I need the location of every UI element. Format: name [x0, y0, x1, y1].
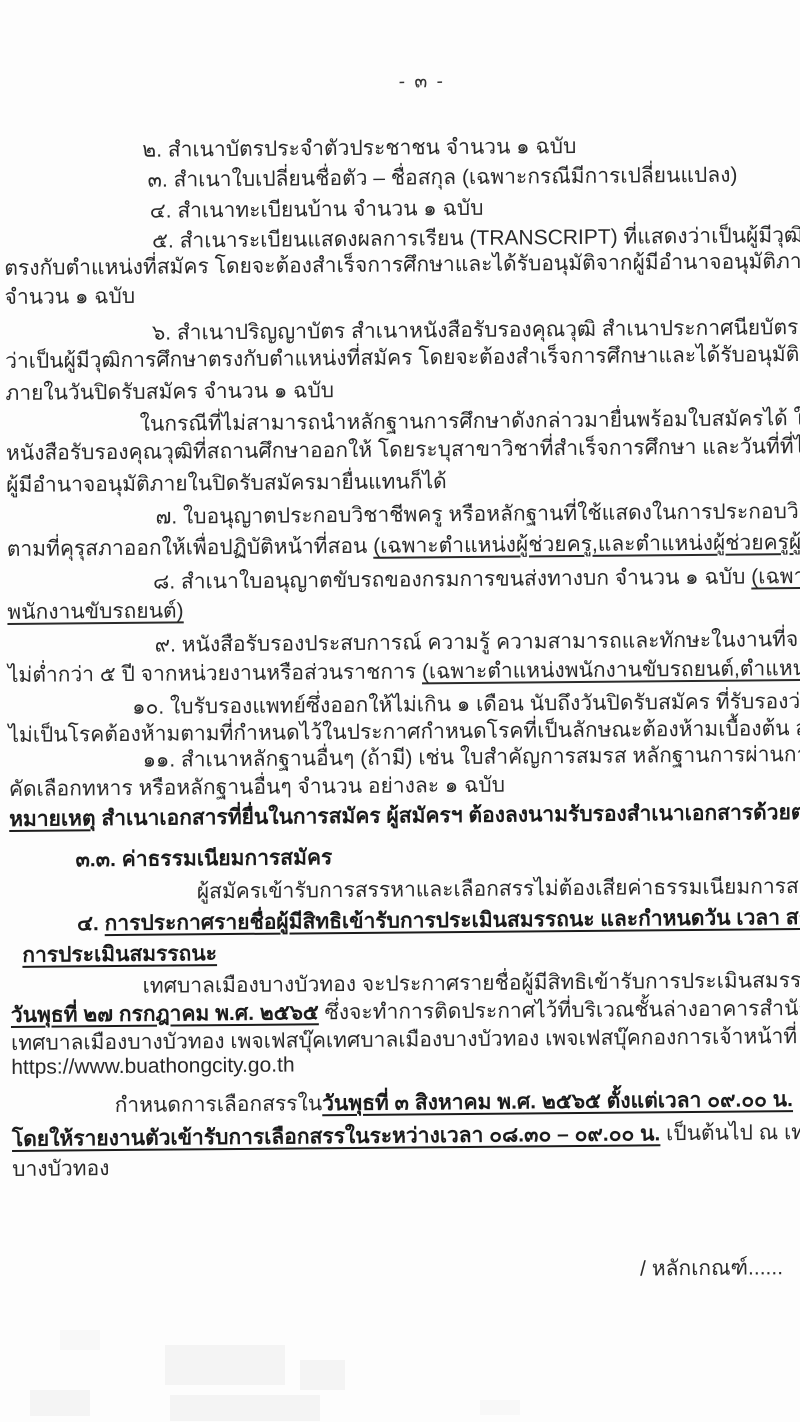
page-number: - ๓ -	[399, 66, 445, 96]
text-line: บางบัวทอง	[12, 1155, 109, 1183]
text-line: ๔. สำเนาทะเบียนบ้าน จำนวน ๑ ฉบับ	[150, 195, 484, 225]
text-line: https://www.buathongcity.go.th	[11, 1051, 295, 1080]
text-segment: ๗. ใบอนุญาตประกอบวิชาชีพครู หรือหลักฐานท…	[155, 499, 800, 528]
text-line: เทศบาลเมืองบางบัวทอง จะประกาศรายชื่อผู้ม…	[142, 966, 800, 999]
text-line: ๑๑. สำเนาหลักฐานอื่นๆ (ถ้ามี) เช่น ใบสำค…	[143, 741, 800, 774]
text-segment: วันพุธที่ ๓ สิงหาคม พ.ศ. ๒๕๖๕ ตั้งแต่เวล…	[322, 1088, 793, 1115]
text-segment: บางบัวทอง	[12, 1157, 109, 1181]
text-line: พนักงานขับรถยนต์)	[7, 597, 184, 626]
text-segment: ในกรณีที่ไม่สามารถนำหลักฐานการศึกษาดังกล…	[140, 407, 800, 436]
text-line: กำหนดการเลือกสรรในวันพุธที่ ๓ สิงหาคม พ.…	[115, 1086, 794, 1119]
text-segment: พนักงานขับรถยนต์)	[7, 599, 183, 624]
text-segment: กำหนดการเลือกสรรใน	[115, 1092, 323, 1117]
text-segment: ๔.	[77, 912, 105, 935]
text-segment: ตรงกับตำแหน่งที่สมัคร โดยจะต้องสำเร็จการ…	[4, 249, 800, 280]
scan-noise-artifact	[480, 1400, 520, 1415]
text-line: หนังสือรับรองคุณวุฒิที่สถานศึกษาออกให้ โ…	[6, 432, 800, 467]
text-line: จำนวน ๑ ฉบับ	[4, 283, 135, 311]
text-line: ๘. สำเนาใบอนุญาตขับรถของกรมการขนส่งทางบก…	[153, 562, 800, 595]
text-segment: ๓.๓. ค่าธรรมเนียมการสมัคร	[75, 846, 332, 871]
text-segment: หนังสือรับรองคุณวุฒิที่สถานศึกษาออกให้ โ…	[6, 434, 800, 465]
scan-noise-artifact	[170, 1395, 320, 1421]
scan-noise-artifact	[300, 1360, 345, 1390]
text-segment: ว่าเป็นผู้มีวุฒิการศึกษาตรงกับตำแหน่งที่…	[5, 341, 800, 373]
text-segment: เทศบาลเมืองบางบัวทอง เพจเฟสบุ๊คเทศบาลเมื…	[11, 1024, 800, 1055]
text-line: ไม่ต่ำกว่า ๕ ปี จากหน่วยงานหรือส่วนราชกา…	[8, 654, 800, 689]
text-segment: สำเนาเอกสารที่ยื่นในการสมัคร ผู้สมัครฯ ต…	[96, 800, 800, 830]
text-line: โดยให้รายงานตัวเข้ารับการเลือกสรรในระหว่…	[12, 1118, 800, 1153]
text-segment: (เฉพาะตำแหน่งพนักงานขับรถยนต์,ตำแหน่งช่า…	[422, 656, 800, 683]
text-segment: ๙. หนังสือรับรองประสบการณ์ ความรู้ ความส…	[155, 627, 800, 656]
scan-noise-artifact	[165, 1345, 285, 1385]
text-segment: ซึ่งจะทำการติดประกาศไว้ที่บริเวณชั้นล่าง…	[319, 997, 800, 1025]
document-page: - ๓ - ๒. สำเนาบัตรประจำตัวประชาชน จำนวน …	[0, 0, 800, 1422]
text-line: การประเมินสมรรถนะ	[22, 940, 217, 969]
document-body: - ๓ - ๒. สำเนาบัตรประจำตัวประชาชน จำนวน …	[0, 0, 800, 1422]
text-segment: เป็นต้นไป ณ เทศบาลเมือง	[660, 1120, 800, 1145]
text-line: ๙. หนังสือรับรองประสบการณ์ ความรู้ ความส…	[155, 625, 800, 658]
text-segment: จำนวน ๑ ฉบับ	[4, 285, 135, 309]
text-segment: ๘. สำเนาใบอนุญาตขับรถของกรมการขนส่งทางบก…	[153, 565, 751, 593]
text-segment: (เฉพาะตำแหน่ง	[751, 564, 800, 588]
text-segment: การประกาศรายชื่อผู้มีสิทธิเข้ารับการประเ…	[105, 905, 800, 935]
scan-noise-artifact	[60, 1330, 100, 1350]
text-line: ในกรณีที่ไม่สามารถนำหลักฐานการศึกษาดังกล…	[140, 405, 800, 438]
text-line: / หลักเกณฑ์......	[640, 1254, 783, 1282]
text-segment: ๓. สำเนาใบเปลี่ยนชื่อตัว – ชื่อสกุล (เฉพ…	[147, 164, 737, 192]
text-line: หมายเหตุ สำเนาเอกสารที่ยื่นในการสมัคร ผู…	[9, 798, 800, 833]
text-line: ว่าเป็นผู้มีวุฒิการศึกษาตรงกับตำแหน่งที่…	[5, 339, 800, 375]
scan-noise-artifact	[30, 1390, 90, 1416]
text-segment: / หลักเกณฑ์......	[640, 1256, 783, 1280]
text-line: ตรงกับตำแหน่งที่สมัคร โดยจะต้องสำเร็จการ…	[4, 247, 800, 282]
text-line: ๓.๓. ค่าธรรมเนียมการสมัคร	[75, 844, 332, 873]
text-line: ๗. ใบอนุญาตประกอบวิชาชีพครู หรือหลักฐานท…	[155, 497, 800, 530]
text-segment: https://www.buathongcity.go.th	[11, 1053, 294, 1078]
text-segment: ๒. สำเนาบัตรประจำตัวประชาชน จำนวน ๑ ฉบับ	[142, 135, 576, 162]
text-segment: ภายในวันปิดรับสมัคร จำนวน ๑ ฉบับ	[5, 379, 334, 405]
text-line: ๓. สำเนาใบเปลี่ยนชื่อตัว – ชื่อสกุล (เฉพ…	[147, 162, 737, 194]
text-line: ภายในวันปิดรับสมัคร จำนวน ๑ ฉบับ	[5, 377, 334, 407]
text-segment: หมายเหตุ	[9, 807, 96, 831]
text-segment: (เฉพาะตำแหน่งผู้ช่วยครู,และตำแหน่งผู้ช่ว…	[373, 530, 800, 557]
text-segment: เทศบาลเมืองบางบัวทอง จะประกาศรายชื่อผู้ม…	[143, 968, 800, 997]
text-line: คัดเลือกทหาร หรือหลักฐานอื่นๆ จำนวน อย่า…	[9, 772, 505, 803]
text-segment: ไม่ต่ำกว่า ๕ ปี จากหน่วยงานหรือส่วนราชกา…	[8, 660, 422, 687]
text-segment: โดยให้รายงานตัวเข้ารับการเลือกสรรในระหว่…	[12, 1122, 661, 1151]
text-segment: ผู้มีอำนาจอนุมัติภายในปิดรับสมัครมายื่นแ…	[6, 470, 447, 497]
text-line: ตามที่คุรุสภาออกให้เพื่อปฏิบัติหน้าที่สอ…	[7, 528, 800, 563]
text-segment: วันพุธที่ ๒๗ กรกฎาคม พ.ศ. ๒๕๖๕	[11, 1001, 319, 1027]
text-segment: ๑๑. สำเนาหลักฐานอื่นๆ (ถ้ามี) เช่น ใบสำค…	[143, 743, 800, 772]
text-line: ผู้มีอำนาจอนุมัติภายในปิดรับสมัครมายื่นแ…	[6, 468, 447, 499]
text-segment: การประเมินสมรรถนะ	[22, 942, 217, 967]
text-segment: คัดเลือกทหาร หรือหลักฐานอื่นๆ จำนวน อย่า…	[9, 774, 505, 801]
text-segment: ๔. สำเนาทะเบียนบ้าน จำนวน ๑ ฉบับ	[150, 197, 484, 223]
text-segment: ตามที่คุรุสภาออกให้เพื่อปฏิบัติหน้าที่สอ…	[7, 535, 374, 561]
text-line: ผู้สมัครเข้ารับการสรรหาและเลือกสรรไม่ต้อ…	[197, 873, 800, 906]
text-line: ๔. การประกาศรายชื่อผู้มีสิทธิเข้ารับการป…	[77, 903, 800, 937]
text-segment: ๑๐. ใบรับรองแพทย์ซึ่งออกให้ไม่เกิน ๑ เดื…	[132, 690, 800, 719]
text-line: ๒. สำเนาบัตรประจำตัวประชาชน จำนวน ๑ ฉบับ	[142, 133, 576, 164]
text-segment: ๖. สำเนาปริญญาบัตร สำเนาหนังสือรับรองคุณ…	[152, 315, 800, 344]
text-segment: ผู้สมัครเข้ารับการสรรหาและเลือกสรรไม่ต้อ…	[197, 875, 800, 904]
